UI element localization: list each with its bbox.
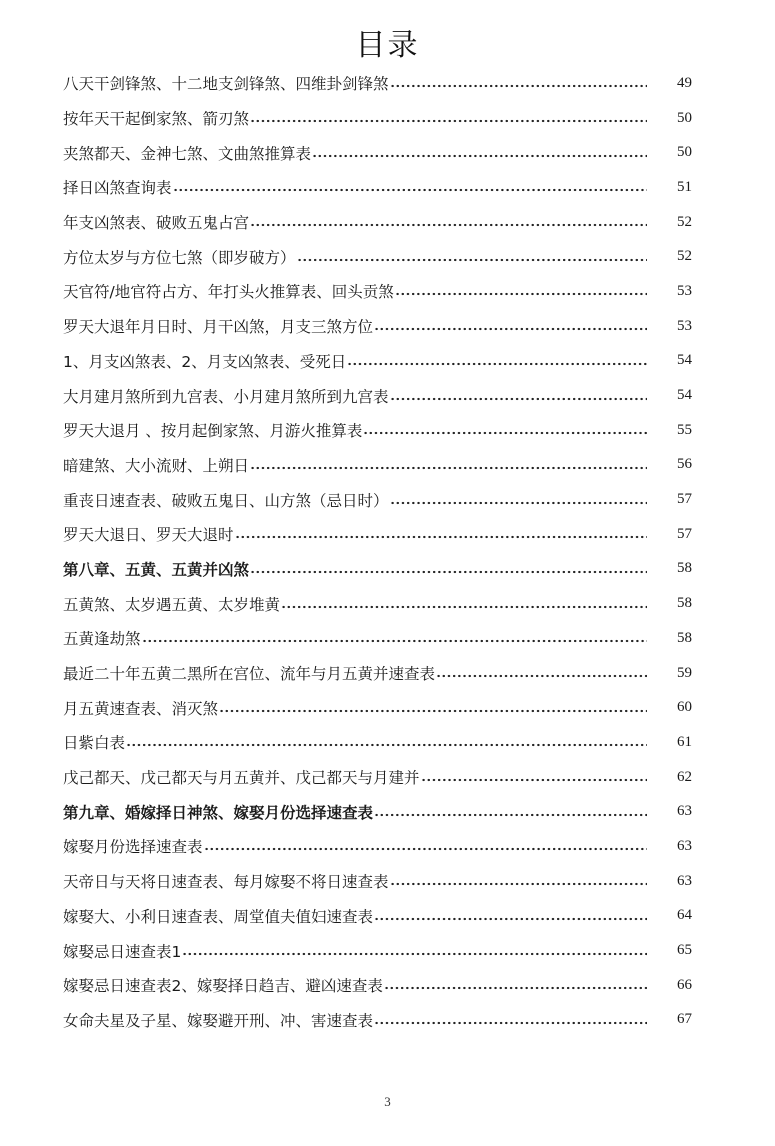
toc-entry-title: 天官符/地官符占方、年打头火推算表、回头贡煞 xyxy=(63,280,394,302)
toc-entry[interactable]: 1、月支凶煞表、2、月支凶煞表、受死日54 xyxy=(63,344,697,379)
toc-entry[interactable]: 罗天大退日、罗天大退时57 xyxy=(63,517,697,552)
toc-entry-title: 五黄逢劫煞 xyxy=(63,627,141,649)
toc-entry-page: 52 xyxy=(677,248,697,265)
toc-entry-title: 嫁娶月份选择速查表 xyxy=(63,835,203,857)
dot-leader xyxy=(204,847,647,851)
toc-entry-title: 戊己都天、戊己都天与月五黄并、戊己都天与月建并 xyxy=(63,766,420,788)
toc-entry[interactable]: 嫁娶忌日速查表165 xyxy=(63,933,697,968)
toc-entry-page: 63 xyxy=(677,838,697,855)
toc-entry[interactable]: 五黄逢劫煞58 xyxy=(63,621,697,656)
toc-entry-page: 63 xyxy=(677,803,697,820)
dot-leader xyxy=(395,292,647,296)
dot-leader xyxy=(390,501,647,505)
toc-entry-page: 52 xyxy=(677,214,697,231)
toc-entry-page: 57 xyxy=(677,491,697,508)
toc-entry-page: 53 xyxy=(677,283,697,300)
toc-entry[interactable]: 嫁娶月份选择速查表63 xyxy=(63,829,697,864)
toc-entry-title: 择日凶煞查询表 xyxy=(63,176,172,198)
toc-entry-title: 最近二十年五黄二黑所在宫位、流年与月五黄并速查表 xyxy=(63,662,435,684)
dot-leader xyxy=(374,813,647,817)
toc-entry-page: 56 xyxy=(677,456,697,473)
toc-entry-page: 55 xyxy=(677,422,697,439)
toc-entry-title: 年支凶煞表、破败五鬼占宫 xyxy=(63,211,249,233)
toc-entry[interactable]: 天帝日与天将日速查表、每月嫁娶不将日速查表63 xyxy=(63,864,697,899)
dot-leader xyxy=(421,778,647,782)
toc-entry[interactable]: 夹煞都天、金神七煞、文曲煞推算表50 xyxy=(63,135,697,170)
dot-leader xyxy=(374,1021,647,1025)
dot-leader xyxy=(363,431,647,435)
toc-entry-page: 54 xyxy=(677,387,697,404)
dot-leader xyxy=(250,466,647,470)
toc-entry[interactable]: 罗天大退年月日时、月干凶煞，月支三煞方位53 xyxy=(63,309,697,344)
toc-entry-page: 58 xyxy=(677,630,697,647)
toc-entry-title: 女命夫星及子星、嫁娶避开刑、冲、害速查表 xyxy=(63,1009,373,1031)
dot-leader xyxy=(219,709,647,713)
dot-leader xyxy=(281,605,647,609)
toc-entry[interactable]: 五黄煞、太岁遇五黄、太岁堆黄58 xyxy=(63,586,697,621)
toc-entry-page: 62 xyxy=(677,769,697,786)
toc-entry-page: 50 xyxy=(677,110,697,127)
toc-entry[interactable]: 大月建月煞所到九宫表、小月建月煞所到九宫表54 xyxy=(63,378,697,413)
dot-leader xyxy=(173,188,647,192)
toc-entry-title: 第八章、五黄、五黄并凶煞 xyxy=(63,558,249,580)
dot-leader xyxy=(235,535,647,539)
toc-entry[interactable]: 重丧日速查表、破败五鬼日、山方煞（忌日时）57 xyxy=(63,482,697,517)
dot-leader xyxy=(384,986,647,990)
toc-entry-title: 大月建月煞所到九宫表、小月建月煞所到九宫表 xyxy=(63,385,389,407)
toc-entry-title: 罗天大退月 、按月起倒家煞、月游火推算表 xyxy=(63,419,362,441)
toc-entry[interactable]: 八天干剑锋煞、十二地支剑锋煞、四维卦剑锋煞49 xyxy=(63,66,697,101)
toc-entry[interactable]: 按年天干起倒家煞、箭刃煞50 xyxy=(63,101,697,136)
dot-leader xyxy=(390,397,647,401)
dot-leader xyxy=(374,917,647,921)
toc-entry-page: 49 xyxy=(677,75,697,92)
toc-entry[interactable]: 罗天大退月 、按月起倒家煞、月游火推算表55 xyxy=(63,413,697,448)
table-of-contents: 八天干剑锋煞、十二地支剑锋煞、四维卦剑锋煞49按年天干起倒家煞、箭刃煞50夹煞都… xyxy=(63,66,697,1037)
dot-leader xyxy=(390,882,647,886)
toc-entry-page: 50 xyxy=(677,144,697,161)
toc-entry[interactable]: 方位太岁与方位七煞（即岁破方）52 xyxy=(63,239,697,274)
toc-entry-page: 58 xyxy=(677,595,697,612)
toc-entry-page: 59 xyxy=(677,665,697,682)
dot-leader xyxy=(250,223,647,227)
toc-entry-title: 重丧日速查表、破败五鬼日、山方煞（忌日时） xyxy=(63,489,389,511)
dot-leader xyxy=(250,119,647,123)
toc-chapter-entry[interactable]: 第八章、五黄、五黄并凶煞58 xyxy=(63,552,697,587)
toc-entry[interactable]: 女命夫星及子星、嫁娶避开刑、冲、害速查表67 xyxy=(63,1003,697,1038)
dot-leader xyxy=(126,743,647,747)
toc-entry-page: 51 xyxy=(677,179,697,196)
toc-entry-title: 罗天大退年月日时、月干凶煞，月支三煞方位 xyxy=(63,315,373,337)
dot-leader xyxy=(374,327,647,331)
toc-entry-title: 嫁娶大、小利日速查表、周堂值夫值妇速查表 xyxy=(63,905,373,927)
toc-entry-title: 暗建煞、大小流财、上朔日 xyxy=(63,454,249,476)
toc-entry-title: 按年天干起倒家煞、箭刃煞 xyxy=(63,107,249,129)
dot-leader xyxy=(250,570,647,574)
toc-entry-title: 天帝日与天将日速查表、每月嫁娶不将日速查表 xyxy=(63,870,389,892)
toc-entry-title: 方位太岁与方位七煞（即岁破方） xyxy=(63,246,296,268)
toc-entry-title: 五黄煞、太岁遇五黄、太岁堆黄 xyxy=(63,593,280,615)
toc-entry-page: 66 xyxy=(677,977,697,994)
page-title: 目录 xyxy=(0,26,775,66)
dot-leader xyxy=(436,674,647,678)
toc-entry-title: 第九章、婚嫁择日神煞、嫁娶月份选择速查表 xyxy=(63,801,373,823)
toc-entry-page: 63 xyxy=(677,873,697,890)
toc-entry-title: 嫁娶忌日速查表1 xyxy=(63,940,181,962)
toc-entry[interactable]: 暗建煞、大小流财、上朔日56 xyxy=(63,448,697,483)
dot-leader xyxy=(312,154,647,158)
dot-leader xyxy=(347,362,647,366)
toc-entry-page: 57 xyxy=(677,526,697,543)
toc-entry[interactable]: 日紫白表61 xyxy=(63,725,697,760)
toc-entry-title: 夹煞都天、金神七煞、文曲煞推算表 xyxy=(63,142,311,164)
toc-entry[interactable]: 戊己都天、戊己都天与月五黄并、戊己都天与月建并62 xyxy=(63,760,697,795)
dot-leader xyxy=(390,84,647,88)
toc-entry-page: 67 xyxy=(677,1011,697,1028)
toc-entry[interactable]: 天官符/地官符占方、年打头火推算表、回头贡煞53 xyxy=(63,274,697,309)
toc-entry-title: 日紫白表 xyxy=(63,731,125,753)
dot-leader xyxy=(182,952,647,956)
toc-entry-title: 罗天大退日、罗天大退时 xyxy=(63,523,234,545)
toc-entry-title: 八天干剑锋煞、十二地支剑锋煞、四维卦剑锋煞 xyxy=(63,72,389,94)
toc-entry-page: 60 xyxy=(677,699,697,716)
toc-entry[interactable]: 择日凶煞查询表51 xyxy=(63,170,697,205)
toc-entry-page: 64 xyxy=(677,907,697,924)
toc-entry[interactable]: 最近二十年五黄二黑所在宫位、流年与月五黄并速查表59 xyxy=(63,656,697,691)
toc-chapter-entry[interactable]: 第九章、婚嫁择日神煞、嫁娶月份选择速查表63 xyxy=(63,794,697,829)
toc-entry[interactable]: 月五黄速查表、消灭煞60 xyxy=(63,690,697,725)
dot-leader xyxy=(142,639,647,643)
toc-entry[interactable]: 年支凶煞表、破败五鬼占宫52 xyxy=(63,205,697,240)
toc-entry[interactable]: 嫁娶忌日速查表2、嫁娶择日趋吉、避凶速查表66 xyxy=(63,968,697,1003)
dot-leader xyxy=(297,258,647,262)
toc-entry[interactable]: 嫁娶大、小利日速查表、周堂值夫值妇速查表64 xyxy=(63,899,697,934)
toc-entry-page: 54 xyxy=(677,352,697,369)
toc-entry-title: 嫁娶忌日速查表2、嫁娶择日趋吉、避凶速查表 xyxy=(63,974,383,996)
toc-entry-title: 1、月支凶煞表、2、月支凶煞表、受死日 xyxy=(63,350,346,372)
toc-entry-page: 61 xyxy=(677,734,697,751)
toc-entry-page: 58 xyxy=(677,560,697,577)
toc-entry-page: 53 xyxy=(677,318,697,335)
toc-entry-page: 65 xyxy=(677,942,697,959)
page-number: 3 xyxy=(0,1094,775,1110)
toc-entry-title: 月五黄速查表、消灭煞 xyxy=(63,697,218,719)
